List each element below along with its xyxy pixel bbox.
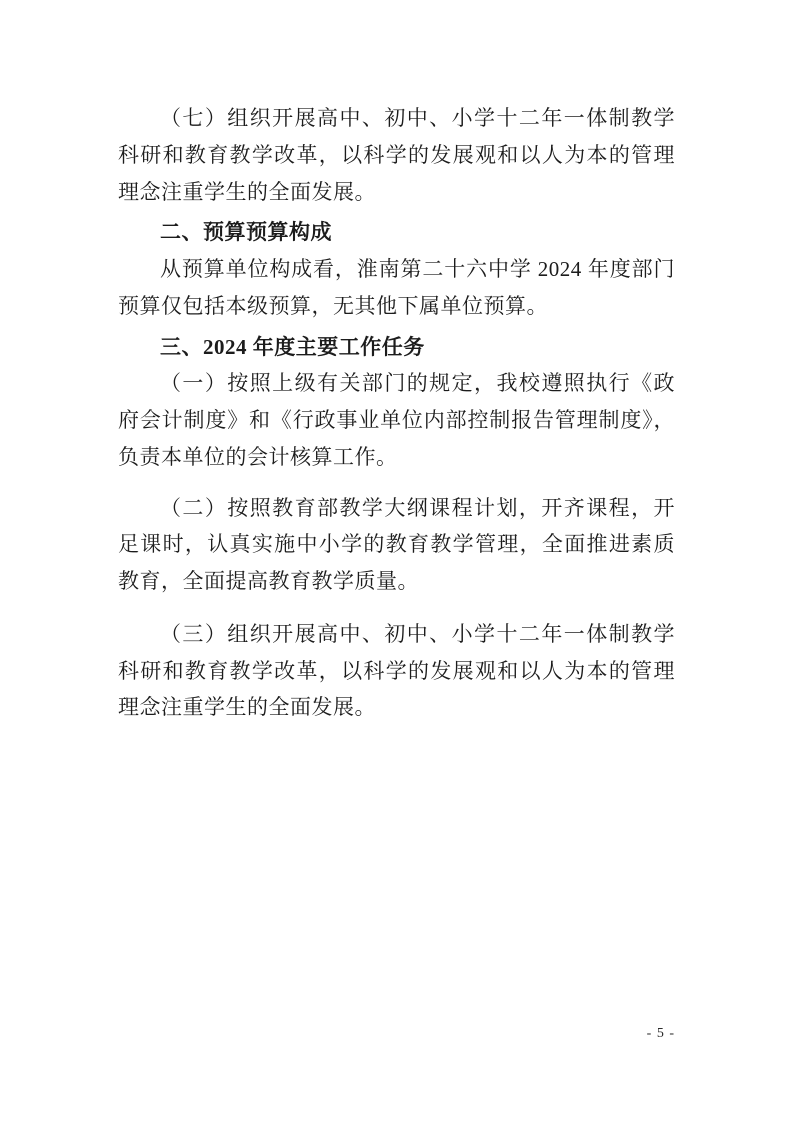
document-page: （七）组织开展高中、初中、小学十二年一体制教学科研和教育教学改革，以科学的发展观… — [0, 0, 793, 1122]
section-heading-2024-main-tasks: 三、2024 年度主要工作任务 — [118, 329, 675, 366]
paragraph-task-3: （三）组织开展高中、初中、小学十二年一体制教学科研和教育教学改革，以科学的发展观… — [118, 616, 675, 726]
section-heading-budget-composition: 二、预算预算构成 — [118, 214, 675, 251]
paragraph-task-1: （一）按照上级有关部门的规定，我校遵照执行《政府会计制度》和《行政事业单位内部控… — [118, 365, 675, 475]
document-content: （七）组织开展高中、初中、小学十二年一体制教学科研和教育教学改革，以科学的发展观… — [118, 100, 675, 726]
page-number: - 5 - — [118, 1026, 675, 1042]
paragraph-item-7: （七）组织开展高中、初中、小学十二年一体制教学科研和教育教学改革，以科学的发展观… — [118, 100, 675, 210]
paragraph-budget-composition: 从预算单位构成看，淮南第二十六中学 2024 年度部门预算仅包括本级预算，无其他… — [118, 251, 675, 325]
paragraph-task-2: （二）按照教育部教学大纲课程计划，开齐课程，开足课时，认真实施中小学的教育教学管… — [118, 490, 675, 600]
